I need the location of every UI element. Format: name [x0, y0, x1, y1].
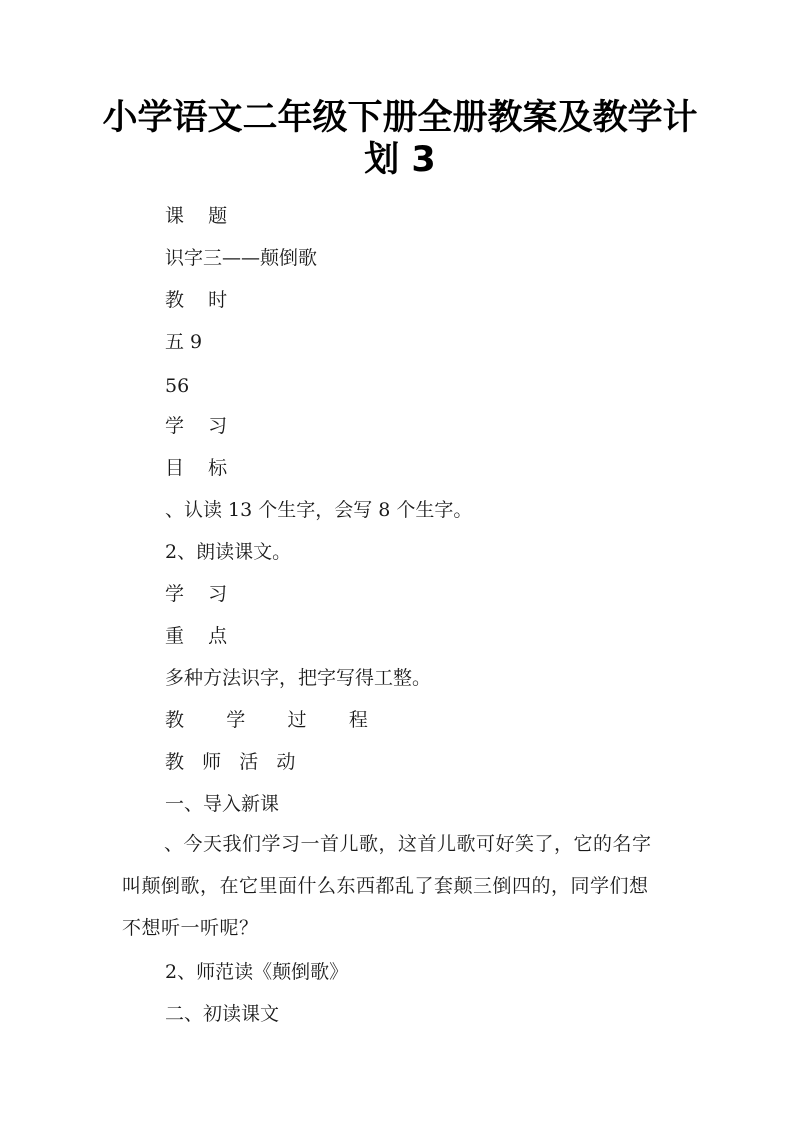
- label-class-hours: 教 时: [165, 288, 227, 312]
- label-key-points: 重 点: [165, 624, 227, 648]
- document-title-line-1: 小学语文二年级下册全册教案及教学计: [0, 98, 800, 138]
- key-points: 多种方法识字，把字写得工整。: [165, 666, 431, 690]
- label-lesson-topic: 课 题: [165, 204, 227, 228]
- document-title-line-2: 划 3: [0, 140, 800, 180]
- label-learning: 学 习: [165, 414, 227, 438]
- label-learning-2: 学 习: [165, 582, 227, 606]
- teacher-reads-item: 2、师范读《颠倒歌》: [165, 960, 348, 984]
- label-teaching-process: 教 学 过 程: [165, 708, 368, 732]
- section-introduction: 一、导入新课: [165, 792, 279, 816]
- label-teacher-activity: 教 师 活 动: [165, 750, 295, 774]
- class-hours: 五 9: [165, 330, 202, 354]
- section-first-reading: 二、初读课文: [165, 1002, 279, 1026]
- intro-paragraph: 、今天我们学习一首儿歌，这首儿歌可好笑了，它的名字叫颠倒歌，在它里面什么东西都乱…: [122, 823, 667, 949]
- page-number-text: 56: [165, 374, 189, 398]
- objective-2: 2、朗读课文。: [165, 540, 291, 564]
- lesson-topic: 识字三——颠倒歌: [165, 246, 317, 270]
- objective-1: 、认读 13 个生字，会写 8 个生字。: [165, 498, 472, 522]
- label-objectives: 目 标: [165, 456, 227, 480]
